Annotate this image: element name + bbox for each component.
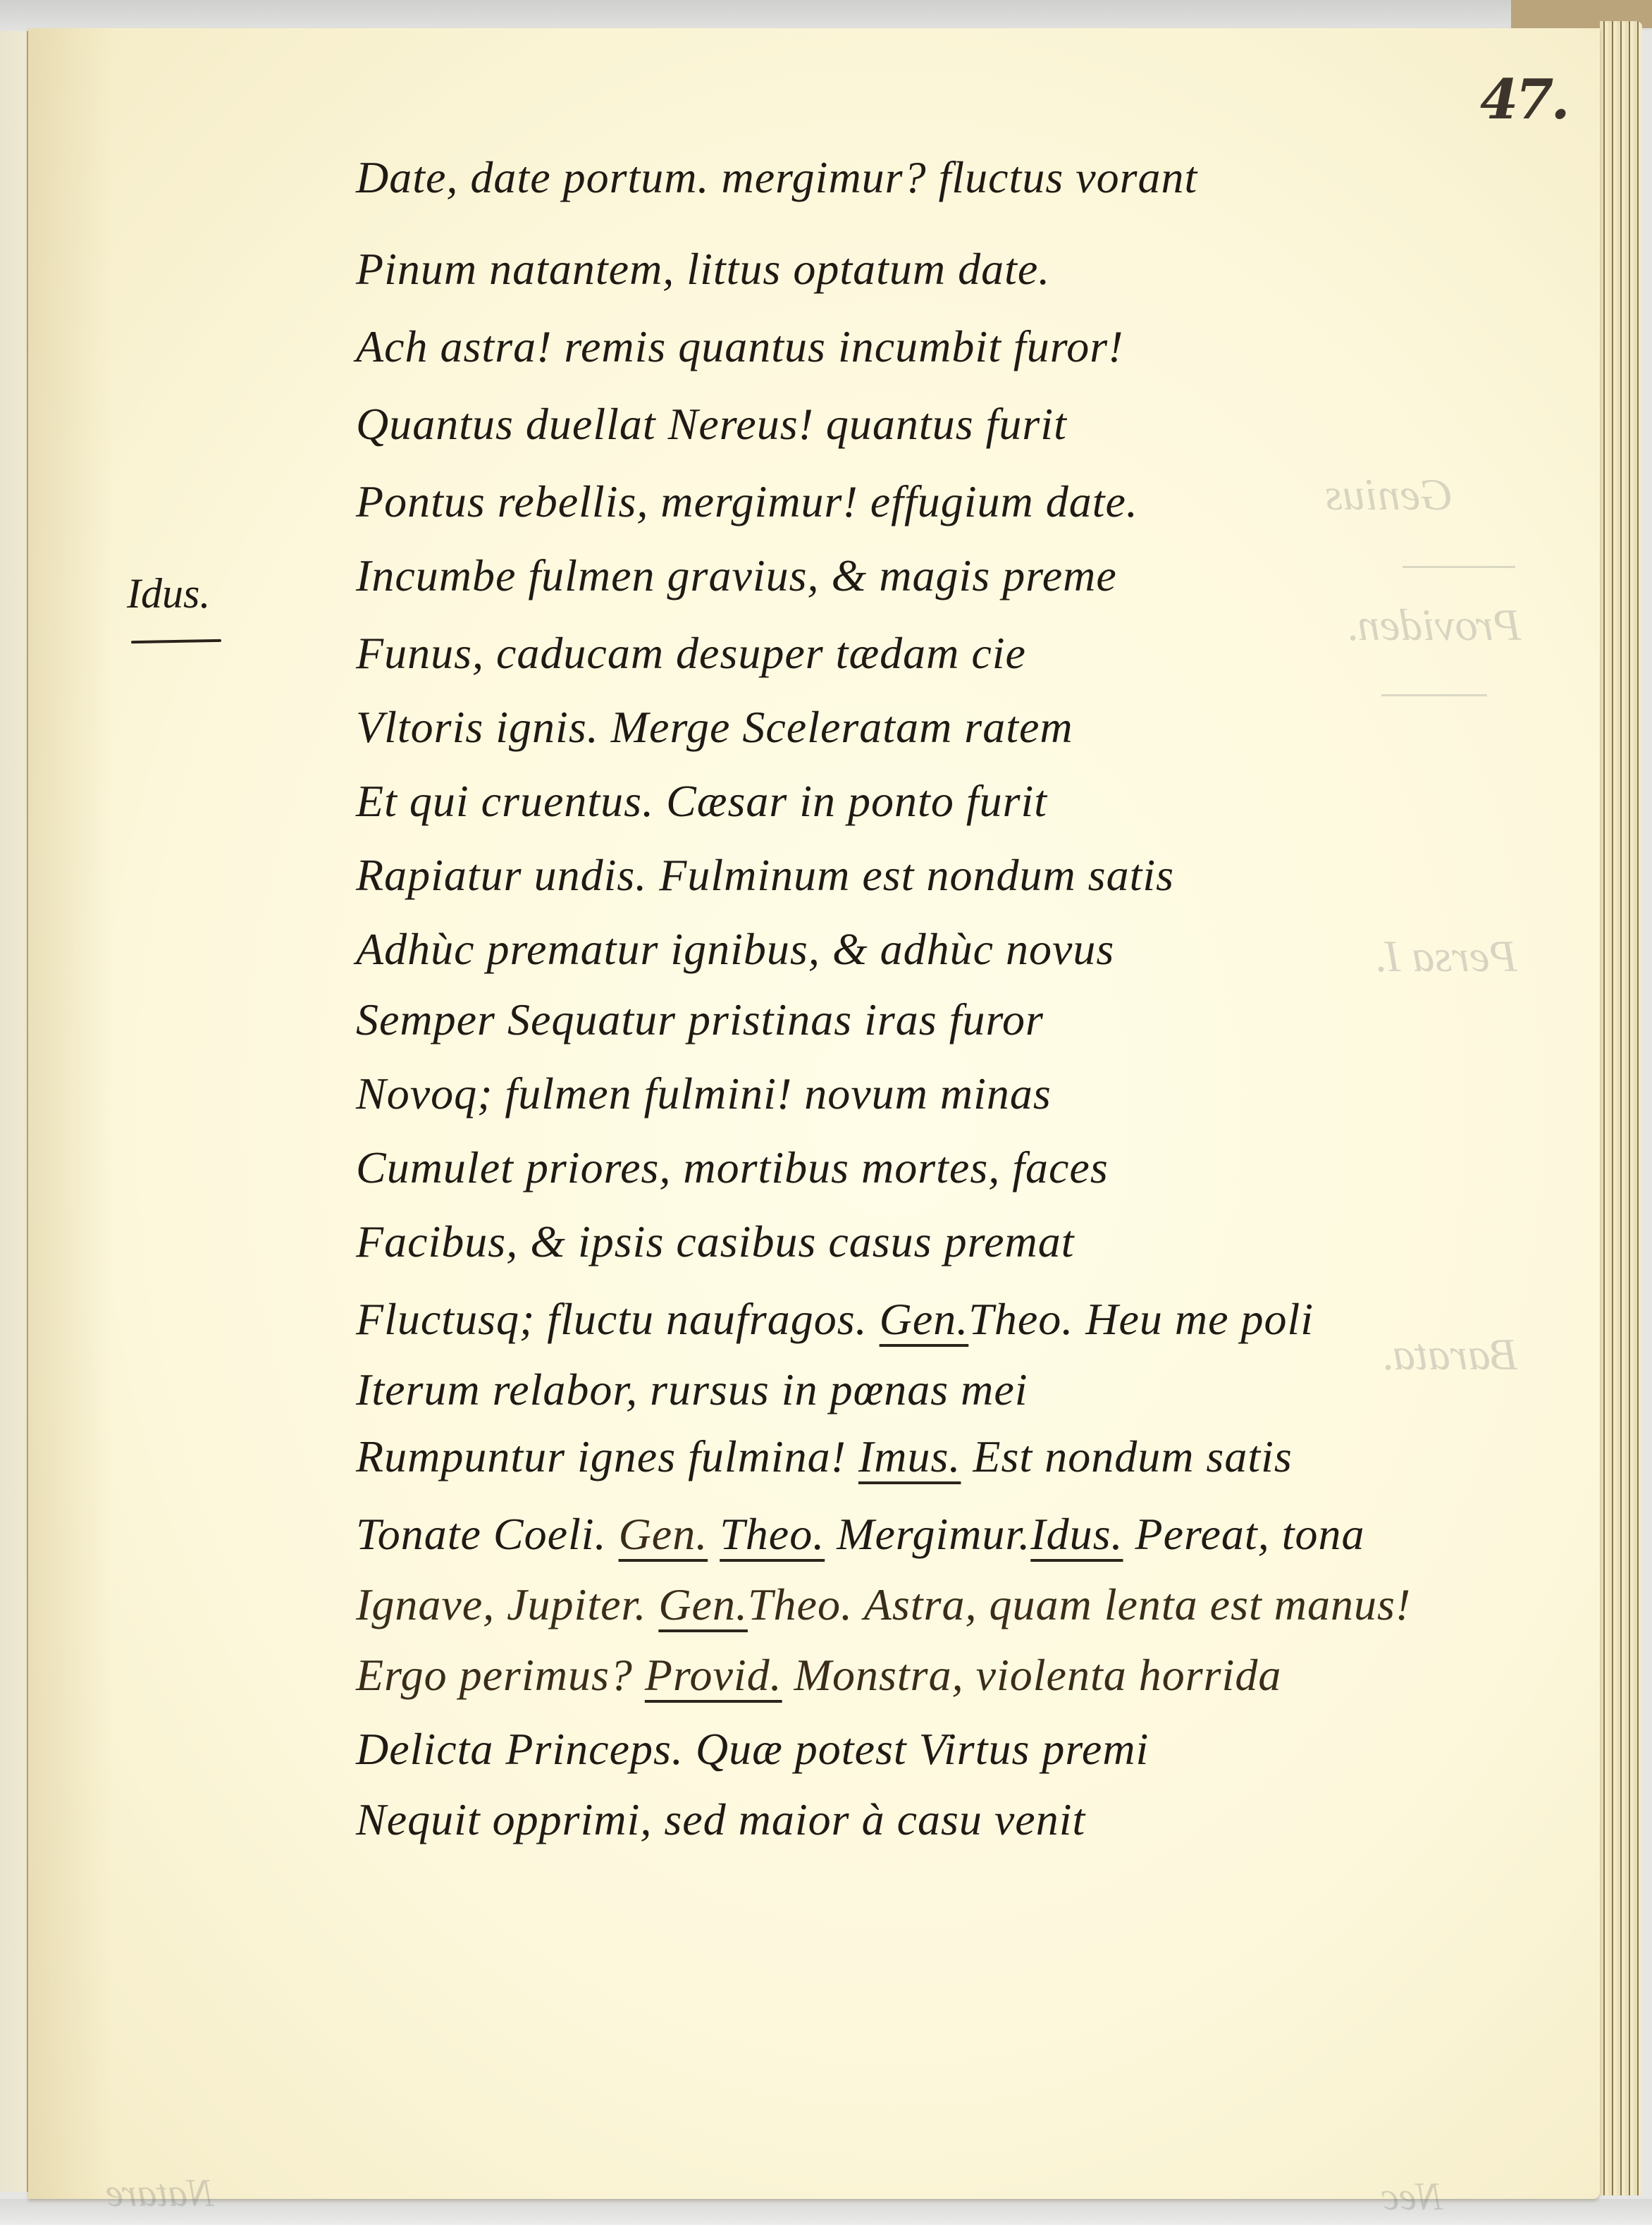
verse-text: Ignave, Jupiter. (356, 1579, 646, 1629)
verse-line: Delicta Princeps. Quæ potest Virtus prem… (356, 1727, 1149, 1772)
speaker-label: Theo. (720, 1509, 825, 1559)
verse-text: Et qui cruentus. Cæsar in ponto furit (356, 776, 1047, 826)
speaker-label: Gen. (658, 1579, 748, 1629)
verse-text: Fluctusq; fluctu naufragos. (356, 1294, 868, 1344)
verse-line: Fluctusq; fluctu naufragos. Gen.Theo. He… (356, 1297, 1314, 1342)
verse-text: Iterum relabor, rursus in pœnas mei (356, 1364, 1028, 1414)
verse-line: Quantus duellat Nereus! quantus furit (356, 402, 1067, 447)
verse-line: Facibus, & ipsis casibus casus premat (356, 1219, 1075, 1264)
verse-text: Ach astra! remis quantus incumbit furor! (356, 321, 1123, 371)
verse-text: Quantus duellat Nereus! quantus furit (356, 399, 1067, 449)
verse-line: Ergo perimus? Provid. Monstra, violenta … (356, 1653, 1281, 1698)
speaker-label: Idus. (1030, 1509, 1123, 1559)
speaker-label: Imus. (858, 1431, 961, 1481)
speaker-label: Theo. (968, 1294, 1073, 1344)
verse-line: Rapiatur undis. Fulminum est nondum sati… (356, 853, 1174, 898)
verse-line: Vltoris ignis. Merge Sceleratam ratem (356, 705, 1073, 750)
verse-text: Heu me poli (1085, 1294, 1314, 1344)
verse-text: Adhùc prematur ignibus, & adhùc novus (356, 924, 1114, 974)
verse-line: Adhùc prematur ignibus, & adhùc novus (356, 927, 1114, 972)
verse-text: Nequit opprimi, sed maior à casu venit (356, 1794, 1085, 1844)
verse-line: Incumbe fulmen gravius, & magis preme (356, 553, 1117, 598)
verse-line: Iterum relabor, rursus in pœnas mei (356, 1367, 1028, 1412)
verse-text: Rumpuntur ignes fulmina! (356, 1431, 846, 1481)
verse-line: Date, date portum. mergimur? fluctus vor… (356, 155, 1197, 200)
verse-text: Est nondum satis (973, 1431, 1292, 1481)
speaker-label: Gen. (619, 1509, 708, 1559)
verse-text: Tonate Coeli. (356, 1509, 607, 1559)
verse-line: Funus, caducam desuper tædam cie (356, 631, 1026, 676)
verse-text: Pinum natantem, littus optatum date. (356, 244, 1050, 294)
verse-text: Ergo perimus? (356, 1650, 633, 1700)
verse-text: Novoq; fulmen fulmini! novum minas (356, 1068, 1052, 1118)
verse-line: Rumpuntur ignes fulmina! Imus. Est nondu… (356, 1434, 1293, 1479)
verse-text: Monstra, violenta horrida (794, 1650, 1282, 1700)
verse-text: Cumulet priores, mortibus mortes, faces (356, 1142, 1109, 1192)
verse-text: Incumbe fulmen gravius, & magis preme (356, 550, 1117, 600)
verse-line: Nequit opprimi, sed maior à casu venit (356, 1797, 1085, 1842)
speaker-label: Gen. (880, 1294, 969, 1344)
verse-text: Pereat, tona (1135, 1509, 1364, 1559)
verse-text: Vltoris ignis. Merge Sceleratam ratem (356, 702, 1073, 752)
verse-text: Facibus, & ipsis casibus casus premat (356, 1216, 1075, 1266)
verse-line: Ignave, Jupiter. Gen.Theo. Astra, quam l… (356, 1582, 1411, 1627)
verse-line: Semper Sequatur pristinas iras furor (356, 997, 1044, 1042)
verse-line: Cumulet priores, mortibus mortes, faces (356, 1145, 1109, 1190)
verse-line: Ach astra! remis quantus incumbit furor! (356, 324, 1123, 369)
verse-line: Pontus rebellis, mergimur! effugium date… (356, 479, 1138, 524)
verse-text: Astra, quam lenta est manus! (864, 1579, 1411, 1629)
verse-text: Semper Sequatur pristinas iras furor (356, 994, 1044, 1044)
verse-line: Et qui cruentus. Cæsar in ponto furit (356, 779, 1047, 824)
verse-text: Funus, caducam desuper tædam cie (356, 628, 1026, 678)
speaker-label: Provid. (645, 1650, 782, 1700)
verse-line: Pinum natantem, littus optatum date. (356, 247, 1050, 292)
speaker-label: Theo. (748, 1579, 853, 1629)
verse-block: Date, date portum. mergimur? fluctus vor… (0, 0, 1652, 2225)
verse-line: Novoq; fulmen fulmini! novum minas (356, 1071, 1052, 1116)
verse-text: Rapiatur undis. Fulminum est nondum sati… (356, 850, 1174, 900)
verse-text: Mergimur. (837, 1509, 1030, 1559)
verse-text: Delicta Princeps. Quæ potest Virtus prem… (356, 1724, 1149, 1774)
verse-text: Date, date portum. mergimur? fluctus vor… (356, 152, 1197, 202)
verse-line: Tonate Coeli. Gen. Theo. Mergimur.Idus. … (356, 1512, 1364, 1557)
verse-text: Pontus rebellis, mergimur! effugium date… (356, 476, 1138, 526)
